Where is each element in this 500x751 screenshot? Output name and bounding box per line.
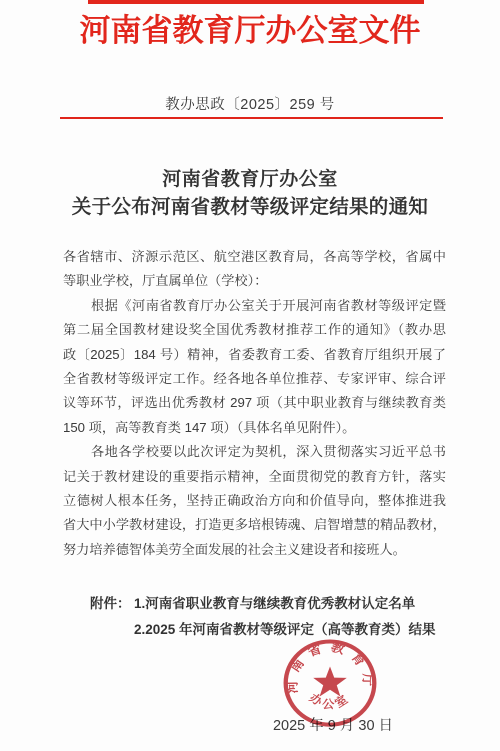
- red-separator-rule: [60, 117, 443, 119]
- body-line: 各省辖市、济源示范区、航空港区教育局，各高等学校，省属中: [63, 245, 446, 269]
- subject-line-1: 河南省教育厅办公室: [0, 166, 500, 193]
- letterhead-title: 河南省教育厅办公室文件: [0, 5, 500, 50]
- body-line: 省大中小学教材建设，打造更多培根铸魂、启智增慧的精品教材，: [63, 513, 446, 537]
- body-line: 等职业学校，厅直属单位（学校）：: [63, 269, 446, 293]
- body-line: 根据《河南省教育厅办公室关于开展河南省教材等级评定暨: [63, 294, 446, 318]
- document-subject: 河南省教育厅办公室 关于公布河南省教材等级评定结果的通知: [0, 166, 500, 222]
- body-line: 政〔2025〕184 号）精神，省委教育工委、省教育厅组织开展了: [63, 343, 446, 367]
- body-line: 议等环节，评选出优秀教材 297 项（其中职业教育与继续教育类: [63, 391, 446, 415]
- body-line: 各地各学校要以此次评定为契机，深入贯彻落实习近平总书: [63, 440, 446, 464]
- doc-number: 教办思政〔2025〕259 号: [0, 93, 500, 114]
- body-line: 第二届全国教材建设奖全国优秀教材推荐工作的通知》（教办思: [63, 318, 446, 342]
- official-seal: 河南省教育厅 办公室: [281, 638, 379, 730]
- body-line: 记关于教材建设的重要指示精神，全面贯彻党的教育方针，落实: [63, 465, 446, 489]
- body-line: 立德树人根本任务，坚持正确政治方向和价值导向，整体推进我: [63, 489, 446, 513]
- document-body: 各省辖市、济源示范区、航空港区教育局，各高等学校，省属中 等职业学校，厅直属单位…: [63, 245, 446, 562]
- body-line: 150 项，高等教育类 147 项）（具体名单见附件）。: [63, 416, 446, 440]
- attachments-block: 附件： 1.河南省职业教育与继续教育优秀教材认定名单 2.2025 年河南省教材…: [90, 591, 460, 642]
- attachments-indent: [90, 617, 134, 643]
- body-line: 全省教材等级评定工作。经各地各单位推荐、专家评审、综合评: [63, 367, 446, 391]
- body-line: 努力培养德智体美劳全面发展的社会主义建设者和接班人。: [63, 538, 446, 562]
- seal-bottom-text: 办公室: [307, 691, 353, 711]
- seal-star-icon: [313, 667, 347, 697]
- svg-text:办公室: 办公室: [307, 691, 353, 711]
- attachment-item: 1.河南省职业教育与继续教育优秀教材认定名单: [134, 591, 415, 617]
- top-cropped-banner: [88, 0, 424, 4]
- subject-line-2: 关于公布河南省教材等级评定结果的通知: [0, 193, 500, 222]
- attachments-label: 附件：: [90, 591, 134, 617]
